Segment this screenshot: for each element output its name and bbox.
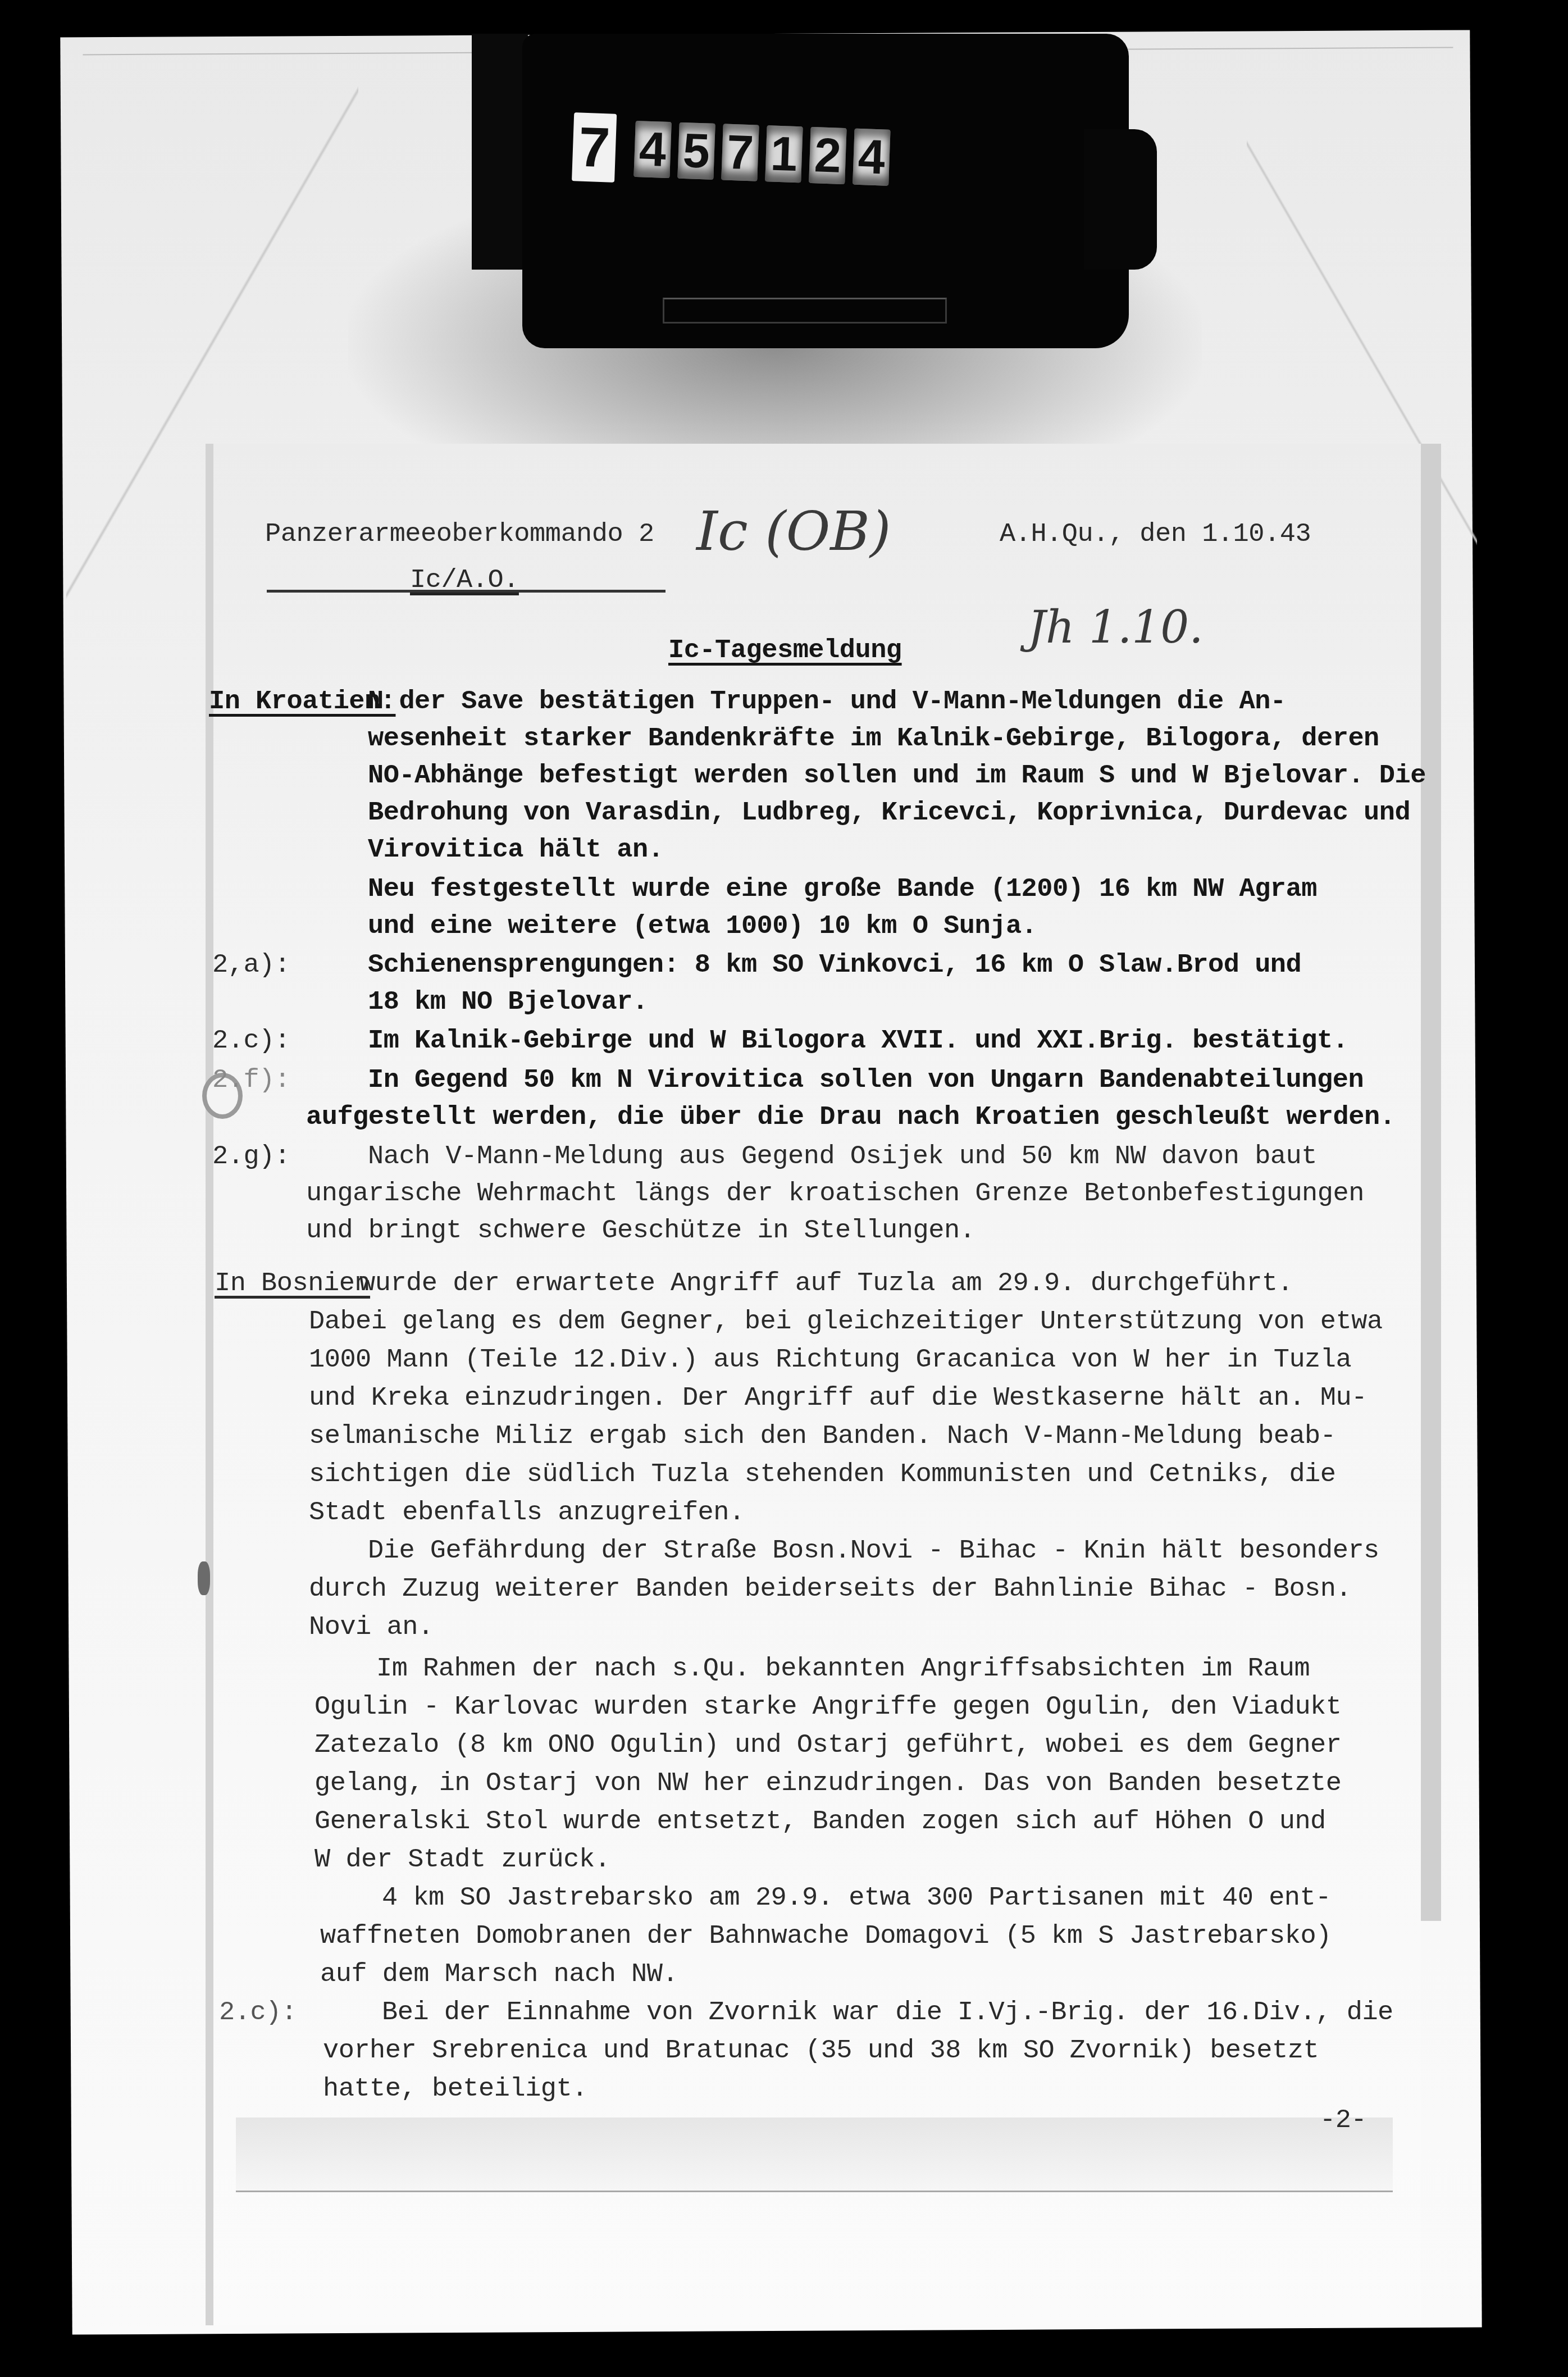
kroatien-line: Virovitica hält an. [368,837,663,863]
stamp-knob [1084,129,1157,270]
bosnien-line: selmanische Miliz ergab sich den Banden.… [309,1423,1336,1450]
item-marker: 2,a): [212,952,290,978]
item-line: ungarische Wehrmacht längs der kroatisch… [306,1181,1364,1207]
sheet-bottom-fold [236,2118,1393,2192]
kroatien-line: NO-Abhänge befestigt werden sollen und i… [368,763,1426,789]
kroatien-line: N der Save bestätigen Truppen- und V-Man… [368,689,1286,715]
item-line: Schienensprengungen: 8 km SO Vinkovci, 1… [368,952,1301,978]
item-line: In Gegend 50 km N Virovitica sollen von … [368,1067,1364,1094]
handwritten-reference: Ic (OB) [696,500,891,563]
bosnien-line: Zatezalo (8 km ONO Ogulin) und Ostarj ge… [314,1732,1342,1759]
bosnien-line: gelang, in Ostarj von NW her einzudringe… [314,1770,1342,1797]
counter-digit: 1 [765,125,803,183]
item-line: vorher Srebrenica und Bratunac (35 und 3… [323,2038,1319,2064]
item-line: aufgestellt werden, die über die Drau na… [306,1104,1395,1131]
counter-digit: 4 [853,129,890,186]
bosnien-line: waffneten Domobranen der Bahnwache Domag… [320,1923,1332,1950]
kroatien-line: Bedrohung von Varasdin, Ludbreg, Kricevc… [368,800,1410,826]
item-line: und bringt schwere Geschütze in Stellung… [306,1218,975,1244]
bosnien-line: Generalski Stol wurde entsetzt, Banden z… [314,1809,1326,1835]
item-line: Nach V-Mann-Meldung aus Gegend Osijek un… [368,1144,1317,1170]
bosnien-line: Die Gefährdung der Straße Bosn.Novi - Bi… [368,1538,1379,1564]
counter-digit: 4 [633,121,671,178]
page-continuation: -2- [1320,2107,1366,2134]
unit-name: Panzerarmeeoberkommando 2 [265,521,654,548]
item-marker: 2.f): [212,1067,290,1094]
item-line: Im Kalnik-Gebirge und W Bilogora XVII. u… [368,1028,1348,1054]
bosnien-line: Ogulin - Karlovac wurden starke Angriffe… [314,1694,1342,1720]
bosnien-line: Stadt ebenfalls anzugreifen. [309,1500,745,1526]
header-rule [267,590,666,593]
bosnien-line: Im Rahmen der nach s.Qu. bekannten Angri… [376,1656,1310,1682]
bosnien-line: W der Stadt zurück. [314,1847,610,1873]
bosnien-line: Dabei gelang es dem Gegner, bei gleichze… [309,1309,1383,1335]
counter-digit: 2 [809,127,846,184]
document-title: Ic-Tagesmeldung [668,637,902,664]
bosnien-line: 1000 Mann (Teile 12.Div.) aus Richtung G… [309,1347,1351,1373]
counter-digit: 5 [677,122,715,180]
bosnien-line: 4 km SO Jastrebarsko am 29.9. etwa 300 P… [382,1885,1331,1911]
item-line: 18 km NO Bjelovar. [368,989,648,1016]
counter-digit: 7 [572,112,617,183]
sheet-edge [1421,444,1441,1921]
stamp-strap [472,34,528,270]
stamp-slot [663,298,947,324]
bosnien-line: auf dem Marsch nach NW. [320,1961,678,1988]
kroatien-line: Neu festgestellt wurde eine große Bande … [368,876,1317,903]
kroatien-line: und eine weitere (etwa 1000) 10 km O Sun… [368,913,1037,940]
item-marker: 2.c): [212,1028,290,1054]
section-heading-bosnien: In Bosnien [215,1271,370,1297]
frame-counter: 7 4 5 7 1 2 4 [572,112,891,192]
bosnien-line: und Kreka einzudringen. Der Angriff auf … [309,1385,1367,1411]
item-marker: 2.g): [212,1144,290,1170]
item-marker: 2.c): [219,2000,297,2026]
item-line: Bei der Einnahme von Zvornik war die I.V… [382,2000,1393,2026]
item-line: hatte, beteiligt. [323,2076,587,2102]
bosnien-line: wurde der erwartete Angriff auf Tuzla am… [359,1271,1293,1297]
place-date: A.H.Qu., den 1.10.43 [1000,521,1311,548]
bosnien-line: sichtigen die südlich Tuzla stehenden Ko… [309,1461,1336,1488]
counter-digit: 7 [721,124,759,181]
bosnien-line: Novi an. [309,1614,434,1641]
handwritten-initials: Jh 1.10. [1028,601,1204,653]
kroatien-line: wesenheit starker Bandenkräfte im Kalnik… [368,726,1379,752]
bosnien-line: durch Zuzug weiterer Banden beiderseits … [309,1576,1351,1602]
punch-hole-mark [198,1561,210,1595]
